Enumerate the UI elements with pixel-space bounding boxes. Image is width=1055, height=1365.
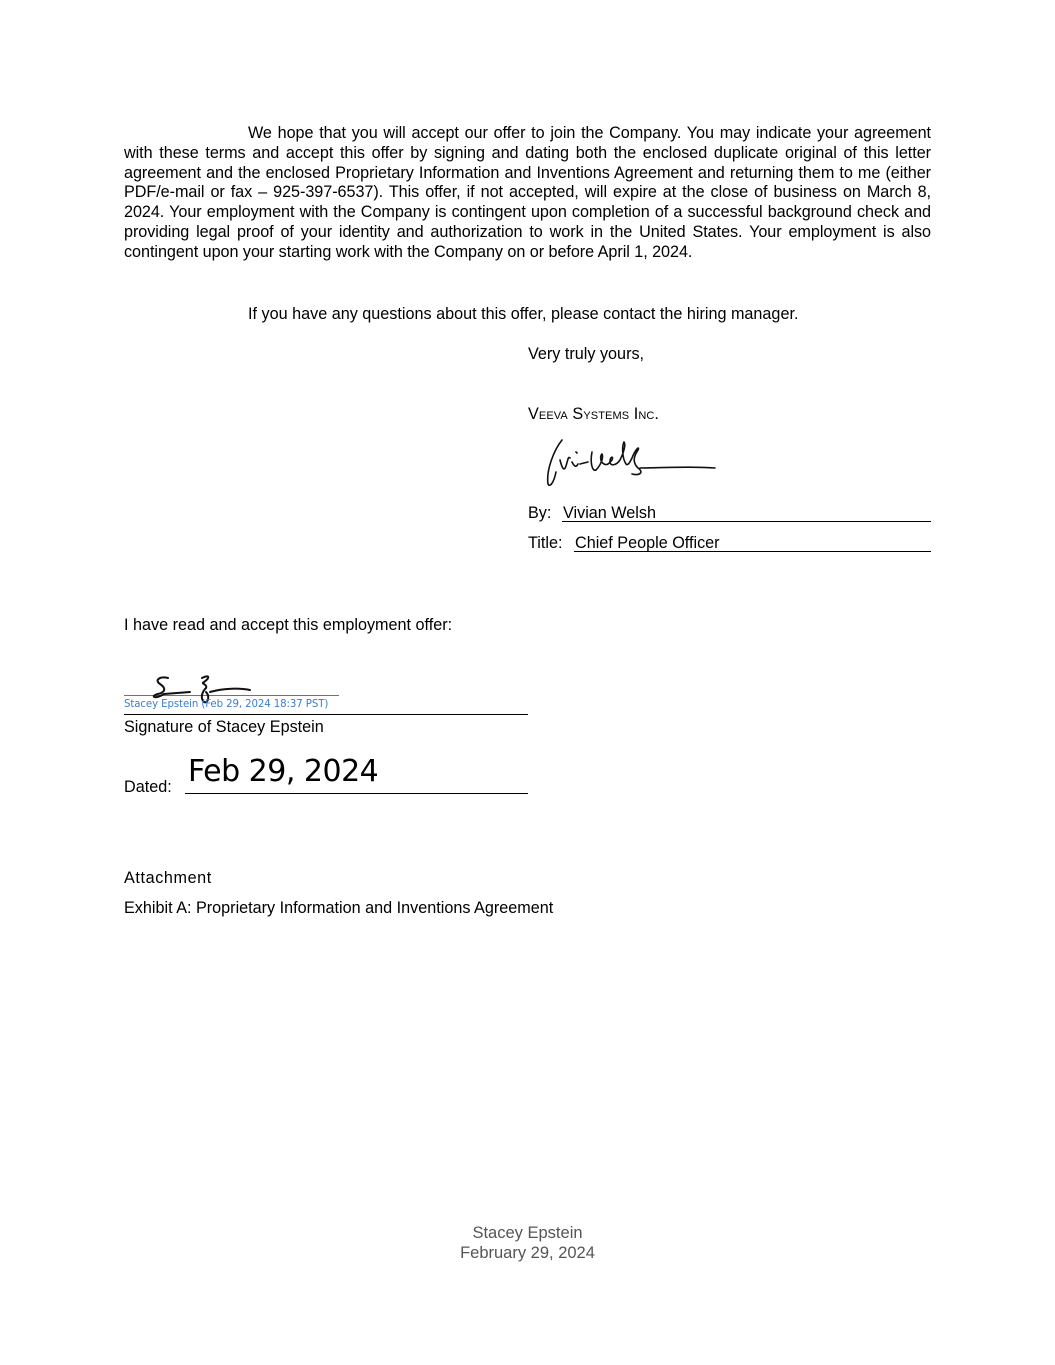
attachment-item: Exhibit A: Proprietary Information and I… (124, 898, 553, 918)
dated-value: Feb 29, 2024 (188, 755, 378, 789)
footer-date: February 29, 2024 (0, 1243, 1055, 1263)
closing-line: Very truly yours, (528, 344, 644, 364)
title-label: Title: (528, 533, 562, 553)
offer-paragraph: We hope that you will accept our offer t… (124, 124, 931, 263)
dated-field-line[interactable] (185, 793, 528, 794)
esign-stamp: Stacey Epstein (Feb 29, 2024 18:37 PST) (124, 699, 328, 710)
by-label: By: (528, 503, 551, 523)
stacey-epstein-signature-image (140, 670, 260, 720)
acceptance-statement: I have read and accept this employment o… (124, 615, 452, 635)
signature-line[interactable] (124, 714, 528, 715)
questions-paragraph: If you have any questions about this off… (248, 304, 798, 324)
attachment-heading: Attachment (124, 868, 212, 888)
signature-caption: Signature of Stacey Epstein (124, 717, 324, 737)
company-name: Veeva Systems Inc. (528, 404, 659, 424)
dated-label: Dated: (124, 777, 172, 797)
title-value: Chief People Officer (575, 533, 720, 553)
offer-paragraph-text: We hope that you will accept our offer t… (124, 124, 931, 261)
vivian-welsh-signature-image (540, 432, 725, 492)
footer-name: Stacey Epstein (0, 1223, 1055, 1243)
by-value: Vivian Welsh (563, 503, 656, 523)
